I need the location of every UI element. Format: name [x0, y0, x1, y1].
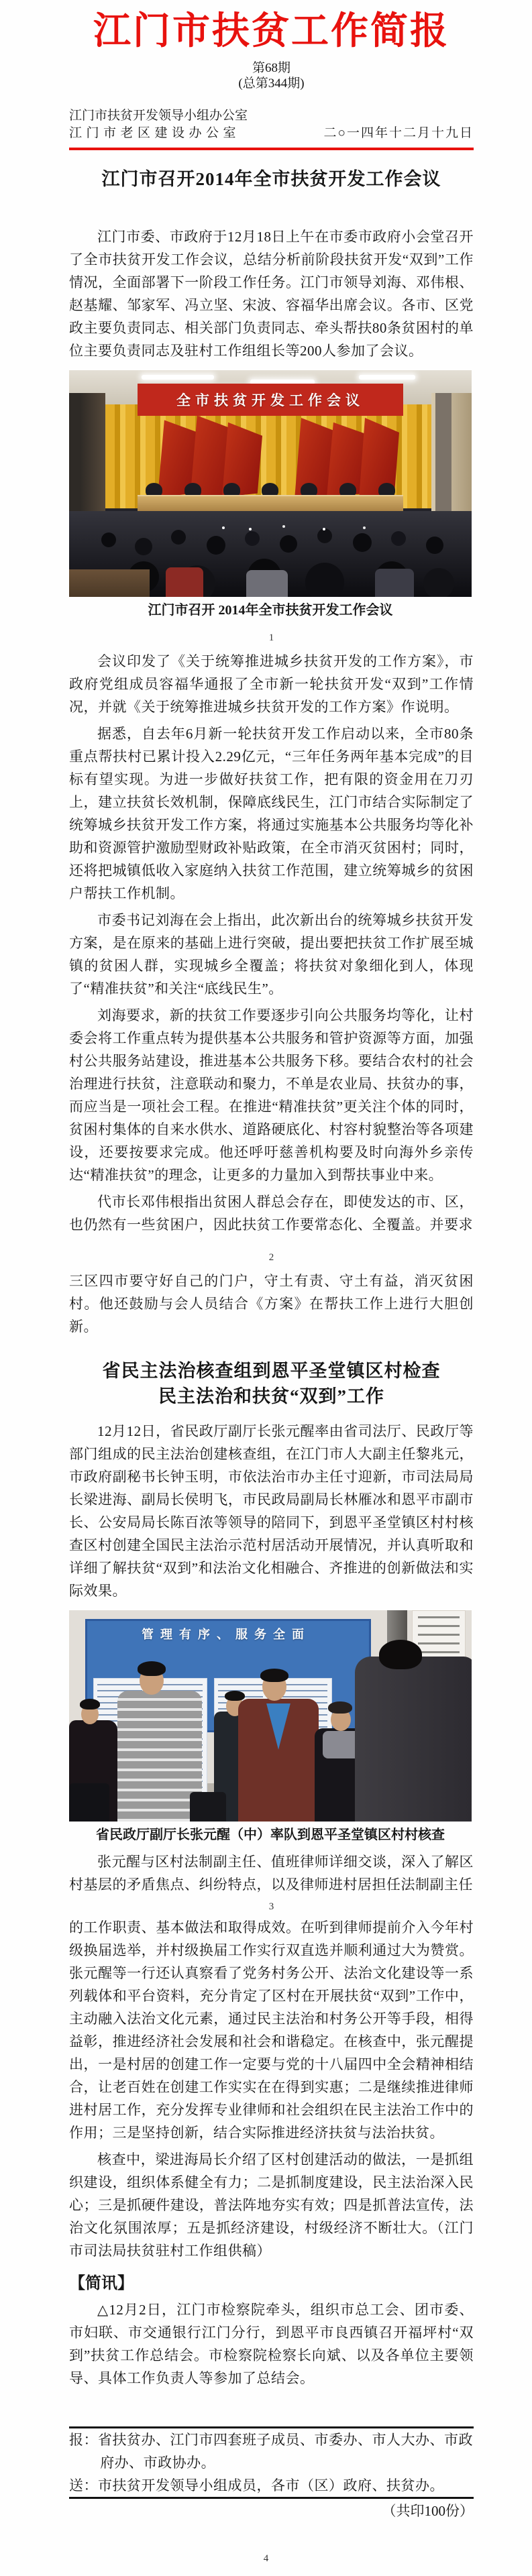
black-chair [190, 1792, 226, 1822]
person-right-hair [379, 1640, 422, 1669]
photo1-red-banner: 全市扶贫开发工作会议 [138, 384, 403, 415]
article2-paragraph: 张元醒与区村法制副主任、值班律师详细交谈，深入了解区村基层的矛盾焦点、纠纷特点，… [69, 1850, 474, 1896]
audience-gray-jacket [246, 570, 288, 597]
issue-number: 第68期 [69, 60, 474, 76]
print-copies: （共印100份） [69, 2500, 474, 2522]
send-to-line: 送：市扶贫开发领导小组成员，各市（区）政府、扶贫办。 [69, 2474, 474, 2497]
briefs-heading: 【简讯】 [69, 2273, 474, 2294]
publisher-line-2: 江门市老区建设办公室 [69, 125, 248, 142]
article2-paragraph: 的工作职责、基本做法和取得成效。在听到律师提前介入今年村级换届选举，并村级换届工… [69, 1916, 474, 2144]
publisher-line-1: 江门市扶贫开发领导小组办公室 [69, 107, 248, 125]
page-number-marker: 3 [69, 1900, 474, 1913]
audience-red-jacket [166, 567, 203, 597]
person-striped-hair [138, 1661, 166, 1676]
article2-paragraph: 核查中，梁进海局长介绍了区村创建活动的做法，一是抓组织建设，组织体系健全有力；二… [69, 2148, 474, 2262]
masthead-title: 江门市扶贫工作简报 [69, 9, 474, 54]
article1-paragraph: 代市长邓伟根指出贫困人群总会存在，即使发达的市、区，也仍然有一些贫困户，因此扶贫… [69, 1190, 474, 1236]
article1-paragraph: 三区四市要守好自己的门户，守土有责、守土有益，消灭贫困村。他还鼓励与会人员结合《… [69, 1270, 474, 1338]
page-number-marker: 2 [69, 1251, 474, 1264]
bulletin-sheet: 江门市扶贫工作简报 第68期 (总第344期) 江门市扶贫开发领导小组办公室 江… [0, 0, 532, 2576]
article1-paragraph: 会议印发了《关于统筹推进城乡扶贫开发的工作方案》，市政府党组成员容福华通报了全市… [69, 650, 474, 718]
issue-date: 二○一四年十二月十九日 [324, 125, 474, 142]
photo1-light [142, 375, 214, 380]
article1-paragraph: 江门市委、市政府于12月18日上午在市委市政府小会堂召开了全市扶贫开发工作会议，… [69, 225, 474, 362]
report-label: 报： [69, 2432, 98, 2448]
inspection-photo: 管理有序、服务全面 [69, 1610, 472, 1822]
black-chair [69, 1783, 109, 1822]
person-woman-hair [328, 1701, 352, 1714]
article2-title-line2: 民主法治和扶贫“双到”工作 [69, 1384, 474, 1409]
publisher-row: 江门市扶贫开发领导小组办公室 江门市老区建设办公室 二○一四年十二月十九日 [69, 107, 474, 142]
photo1-floor [69, 569, 150, 597]
photo1-light [359, 375, 415, 380]
article2-figure: 管理有序、服务全面 [69, 1610, 472, 1844]
footer-rule-bottom [69, 2497, 474, 2499]
article1-paragraph: 市委书记刘海在会上指出，此次新出台的统筹城乡扶贫开发方案，是在原来的基础上进行突… [69, 909, 474, 1000]
audience-dark-jacket [375, 569, 414, 597]
report-text: 省扶贫办、江门市四套班子成员、市委办、市人大办、市政府办、市政协办。 [98, 2432, 473, 2471]
total-issue-number: (总第344期) [69, 76, 474, 91]
distribution-footer: 报：省扶贫办、江门市四套班子成员、市委办、市人大办、市政府办、市政协办。 送：市… [69, 2426, 474, 2522]
photo1-caption: 江门市召开 2014年全市扶贫开发工作会议 [69, 602, 472, 619]
send-text: 市扶贫开发领导小组成员，各市（区）政府、扶贫办。 [98, 2477, 444, 2494]
article1-title: 江门市召开2014年全市扶贫开发工作会议 [69, 166, 474, 192]
page-number-marker: 4 [0, 2552, 532, 2565]
report-to-line: 报：省扶贫办、江门市四套班子成员、市委办、市人大办、市政府办、市政协办。 [69, 2428, 474, 2474]
masthead-rule [69, 148, 474, 150]
brief-item: △12月2日，江门市检察院牵头，组织市总工会、团市委、市妇联、市交通银行江门分行… [69, 2298, 474, 2390]
page-number-marker: 1 [69, 631, 474, 645]
publisher-block: 江门市扶贫开发领导小组办公室 江门市老区建设办公室 [69, 107, 248, 142]
meeting-photo: 全市扶贫开发工作会议 [69, 370, 472, 597]
photo2-caption: 省民政厅副厅长张元醒（中）率队到恩平圣堂镇区村村核查 [69, 1826, 472, 1844]
article2-paragraph: 12月12日，省民政厅副厅长张元醒率由省司法厅、民政厅等部门组成的民主法治创建核… [69, 1420, 474, 1602]
water-bottles [222, 526, 225, 529]
article1-paragraph: 据悉，自去年6月新一轮扶贫开发工作启动以来，全市80条重点帮扶村已累计投入2.2… [69, 722, 474, 905]
person-behind-hair [225, 1691, 245, 1701]
photo2-board-heading: 管理有序、服务全面 [93, 1625, 359, 1642]
send-label: 送： [69, 2477, 98, 2494]
article1-paragraph: 刘海要求，新的扶贫工作要逐步引向公共服务均等化，让村委会将工作重点转为提供基本公… [69, 1004, 474, 1186]
article2-title-line1: 省民主法治核查组到恩平圣堂镇区村检查 [69, 1358, 474, 1384]
person-maroon-hair [260, 1669, 288, 1682]
audience-heads-row [101, 533, 116, 547]
photo1-right-column [435, 393, 451, 518]
photo1-left-wall [69, 393, 105, 518]
bulletin-content: 江门市扶贫工作简报 第68期 (总第344期) 江门市扶贫开发领导小组办公室 江… [0, 9, 532, 2390]
person-left-hair [80, 1699, 100, 1710]
person-right-back [355, 1657, 472, 1822]
article1-figure: 全市扶贫开发工作会议 [69, 370, 472, 619]
